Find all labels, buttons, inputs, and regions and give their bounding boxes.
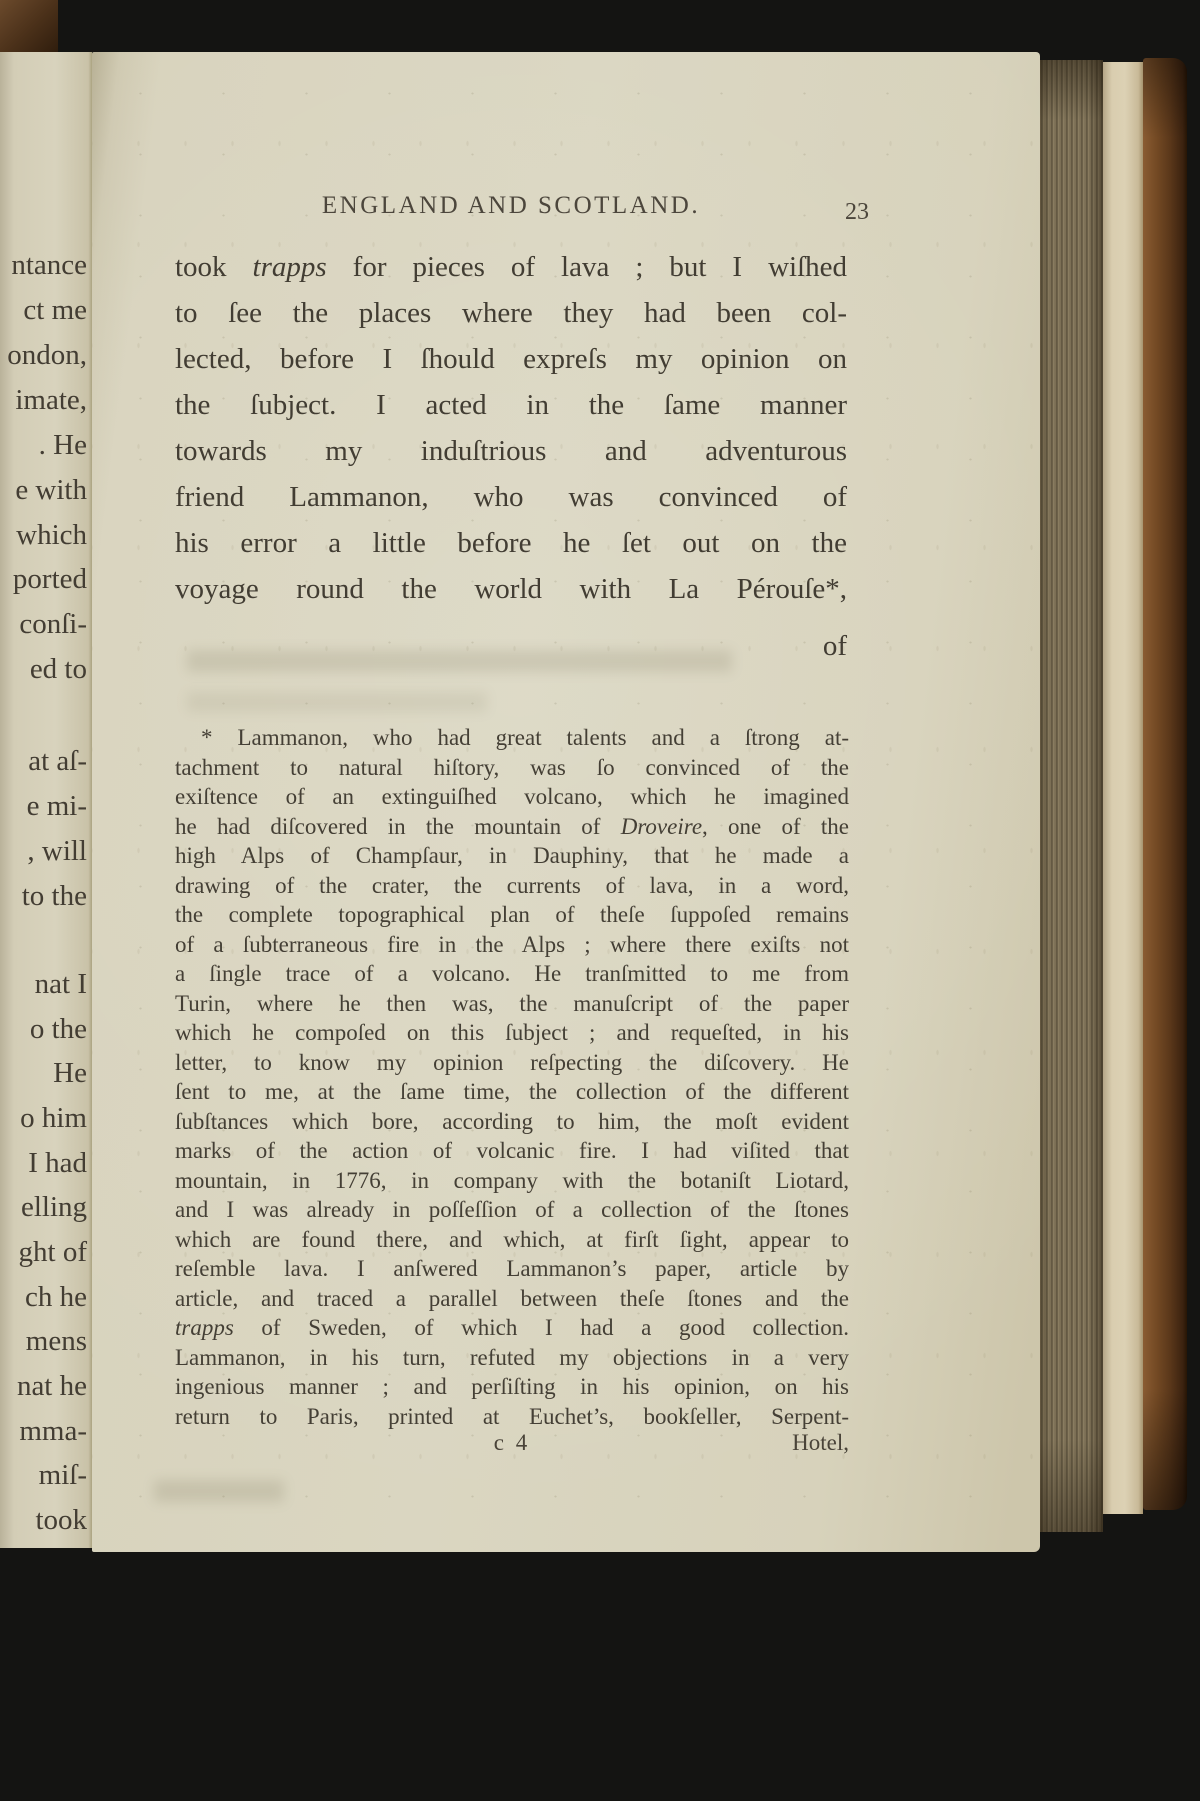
page-edge-strip bbox=[1103, 62, 1143, 1514]
text-line: Lammanon, in his turn, refuted my object… bbox=[175, 1343, 849, 1373]
text-line: to ſee the places where they had been co… bbox=[175, 290, 847, 336]
facing-page-text-fragment: to the bbox=[22, 879, 87, 913]
facing-page-text-fragment: mma- bbox=[19, 1414, 87, 1448]
bleed-through-ghost bbox=[154, 1480, 284, 1502]
text-line: and I was already in poſſeſſion of a col… bbox=[175, 1195, 849, 1225]
text-line: reſemble lava. I anſwered Lammanon’s pap… bbox=[175, 1254, 849, 1284]
text-line: marks of the action of volcanic fire. I … bbox=[175, 1136, 849, 1166]
facing-page-text-fragment: nat he bbox=[17, 1369, 87, 1403]
catchword: of bbox=[175, 630, 847, 663]
book-fore-edge bbox=[1040, 60, 1103, 1532]
facing-page-text-fragment: miſ- bbox=[39, 1458, 87, 1492]
text-line: tachment to natural hiſtory, was ſo conv… bbox=[175, 753, 849, 783]
facing-page-text-fragment: o the bbox=[30, 1012, 87, 1046]
text-line: ſubſtances which bore, according to him,… bbox=[175, 1107, 849, 1137]
text-line: drawing of the crater, the currents of l… bbox=[175, 871, 849, 901]
facing-page-text-fragment: mens bbox=[26, 1324, 87, 1358]
text-line: voyage round the world with La Pérouſe*, bbox=[175, 566, 847, 612]
text-line: which are found there, and which, at fir… bbox=[175, 1225, 849, 1255]
bleed-through-ghost bbox=[187, 692, 487, 712]
text-line: article, and traced a parallel between t… bbox=[175, 1284, 849, 1314]
facing-page-text-fragment: ported bbox=[13, 562, 87, 596]
facing-page-text-fragment: imate, bbox=[15, 383, 87, 417]
text-line: exiſtence of an extinguiſhed volcano, wh… bbox=[175, 782, 849, 812]
text-line: letter, to know my opinion reſpecting th… bbox=[175, 1048, 849, 1078]
text-line: a ſingle trace of a volcano. He tranſmit… bbox=[175, 959, 849, 989]
text-line: friend Lammanon, who was convinced of bbox=[175, 474, 847, 520]
facing-page-text-fragment: conſi- bbox=[19, 607, 87, 641]
book-page: ENGLAND AND SCOTLAND. 23 took trapps for… bbox=[92, 52, 1040, 1552]
facing-page-text-fragment: . He bbox=[39, 428, 87, 462]
text-line: of a ſubterraneous fire in the Alps ; wh… bbox=[175, 930, 849, 960]
facing-page-text-fragment: e with bbox=[15, 473, 87, 507]
text-line: lected, before I ſhould expreſs my opini… bbox=[175, 336, 847, 382]
page-header: ENGLAND AND SCOTLAND. 23 bbox=[175, 192, 847, 232]
facing-page-text-fragment: which bbox=[16, 518, 87, 552]
facing-page-text-fragment: , will bbox=[27, 834, 87, 868]
text-line: he had diſcovered in the mountain of Dro… bbox=[175, 812, 849, 842]
facing-page-text-fragment: He bbox=[53, 1056, 87, 1090]
signature-line: c 4 Hotel, bbox=[175, 1430, 849, 1460]
facing-page-text-fragment: ght of bbox=[19, 1235, 87, 1269]
leather-corner bbox=[0, 0, 58, 52]
text-line: Turin, where he then was, the manuſcript… bbox=[175, 989, 849, 1019]
facing-page-text-fragment: ntance bbox=[11, 248, 87, 282]
facing-page-text-fragment: at aſ- bbox=[28, 744, 87, 778]
text-line: which he compoſed on this ſubject ; and … bbox=[175, 1018, 849, 1048]
text-line: his error a little before he ſet out on … bbox=[175, 520, 847, 566]
facing-page-text-fragment: ondon, bbox=[7, 338, 87, 372]
facing-page-text-fragment: e mi- bbox=[27, 789, 87, 823]
text-line: towards my induſtrious and adventurous bbox=[175, 428, 847, 474]
text-line: trapps of Sweden, of which I had a good … bbox=[175, 1313, 849, 1343]
facing-page-text-fragment: nat I bbox=[35, 967, 87, 1001]
text-line: mountain, in 1776, in company with the b… bbox=[175, 1166, 849, 1196]
text-line: * Lammanon, who had great talents and a … bbox=[175, 723, 849, 753]
text-line: took trapps for pieces of lava ; but I w… bbox=[175, 244, 847, 290]
facing-page-text-fragment: I had bbox=[28, 1146, 87, 1180]
facing-page-text-fragment: took bbox=[35, 1503, 87, 1537]
gathering-signature: c 4 bbox=[175, 1430, 849, 1456]
book-scan-photo: { "colors":{ "background":"#141412", "pa… bbox=[0, 0, 1200, 1801]
body-text: took trapps for pieces of lava ; but I w… bbox=[175, 244, 847, 612]
running-title: ENGLAND AND SCOTLAND. bbox=[175, 192, 847, 220]
catchword: Hotel, bbox=[792, 1430, 849, 1456]
text-line: the complete topographical plan of theſe… bbox=[175, 900, 849, 930]
footnote-text: * Lammanon, who had great talents and a … bbox=[175, 723, 849, 1431]
text-line: the ſubject. I acted in the ſame manner bbox=[175, 382, 847, 428]
facing-page-text-fragment: elling bbox=[21, 1190, 87, 1224]
text-line: ſent to me, at the ſame time, the collec… bbox=[175, 1077, 849, 1107]
facing-page-text-fragment: o him bbox=[20, 1101, 87, 1135]
text-line: return to Paris, printed at Euchet’s, bo… bbox=[175, 1402, 849, 1432]
facing-page-edge: ntancect meondon,imate,. Hee withwhichpo… bbox=[0, 52, 92, 1548]
text-line: high Alps of Champſaur, in Dauphiny, tha… bbox=[175, 841, 849, 871]
facing-page-text-fragment: ch he bbox=[25, 1280, 87, 1314]
text-line: ingenious manner ; and perſiſting in his… bbox=[175, 1372, 849, 1402]
leather-cover bbox=[1143, 58, 1187, 1510]
facing-page-text-fragment: ct me bbox=[23, 293, 87, 327]
facing-page-text-fragment: ed to bbox=[30, 652, 87, 686]
page-number: 23 bbox=[845, 199, 869, 226]
